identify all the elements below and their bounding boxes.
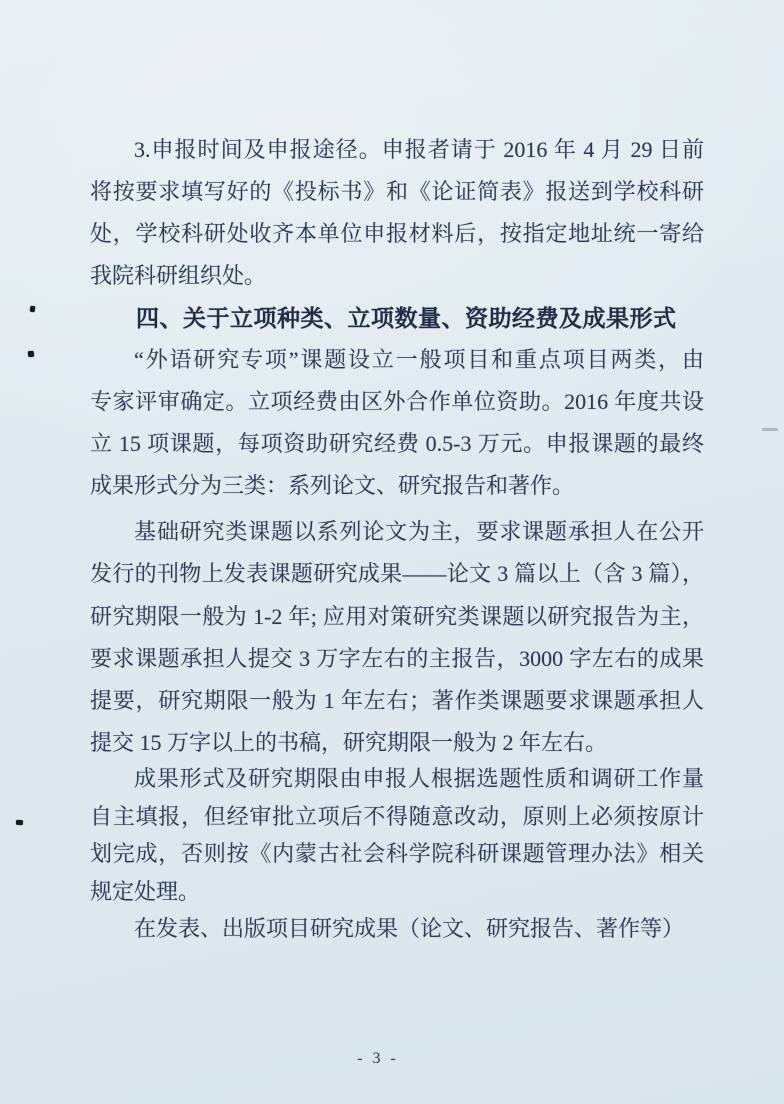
text-line: 在发表、出版项目研究成果（论文、研究报告、著作等） (90, 910, 704, 948)
text-line: 规定处理。 (90, 873, 704, 911)
scan-speck (16, 820, 23, 825)
scan-smudge (762, 428, 778, 431)
text-line: 基础研究类课题以系列论文为主，要求课题承担人在公开 (90, 511, 704, 553)
text-line: 发行的刊物上发表课题研究成果——论文 3 篇以上（含 3 篇）， (90, 553, 704, 595)
paragraph-block-top: 3.申报时间及申报途径。申报者请于 2016 年 4 月 29 日前 将按要求填… (90, 129, 704, 507)
text-line: 立 15 项课题，每项资助研究经费 0.5-3 万元。申报课题的最终 (90, 423, 704, 465)
page-number: - 3 - (0, 1050, 770, 1068)
text-line: 我院科研组织处。 (90, 255, 704, 297)
section-heading: 四、关于立项种类、立项数量、资助经费及成果形式 (90, 297, 704, 339)
scanned-document-page: 3.申报时间及申报途径。申报者请于 2016 年 4 月 29 日前 将按要求填… (0, 0, 784, 1104)
paragraph-block-middle: 基础研究类课题以系列论文为主，要求课题承担人在公开 发行的刊物上发表课题研究成果… (90, 511, 704, 765)
scan-speck (30, 306, 36, 313)
text-line: 划完成，否则按《内蒙古社会科学院科研课题管理办法》相关 (90, 835, 704, 873)
text-line: 成果形式分为三类：系列论文、研究报告和著作。 (90, 465, 704, 507)
text-line: 将按要求填写好的《投标书》和《论证简表》报送到学校科研 (90, 171, 704, 213)
text-line: 3.申报时间及申报途径。申报者请于 2016 年 4 月 29 日前 (90, 129, 704, 171)
scan-speck (28, 351, 35, 358)
text-line: 成果形式及研究期限由申报人根据选题性质和调研工作量 (90, 760, 704, 798)
text-line: “外语研究专项”课题设立一般项目和重点项目两类，由 (90, 339, 704, 381)
text-line: 研究期限一般为 1-2 年; 应用对策研究类课题以研究报告为主， (90, 596, 704, 638)
paragraph-block-bottom: 成果形式及研究期限由申报人根据选题性质和调研工作量 自主填报，但经审批立项后不得… (90, 760, 704, 948)
text-line: 处，学校科研处收齐本单位申报材料后，按指定地址统一寄给 (90, 213, 704, 255)
text-line: 提交 15 万字以上的书稿，研究期限一般为 2 年左右。 (90, 722, 704, 764)
text-line: 专家评审确定。立项经费由区外合作单位资助。2016 年度共设 (90, 381, 704, 423)
text-line: 要求课题承担人提交 3 万字左右的主报告，3000 字左右的成果 (90, 638, 704, 680)
text-line: 自主填报，但经审批立项后不得随意改动，原则上必须按原计 (90, 798, 704, 836)
text-line: 提要，研究期限一般为 1 年左右；著作类课题要求课题承担人 (90, 680, 704, 722)
